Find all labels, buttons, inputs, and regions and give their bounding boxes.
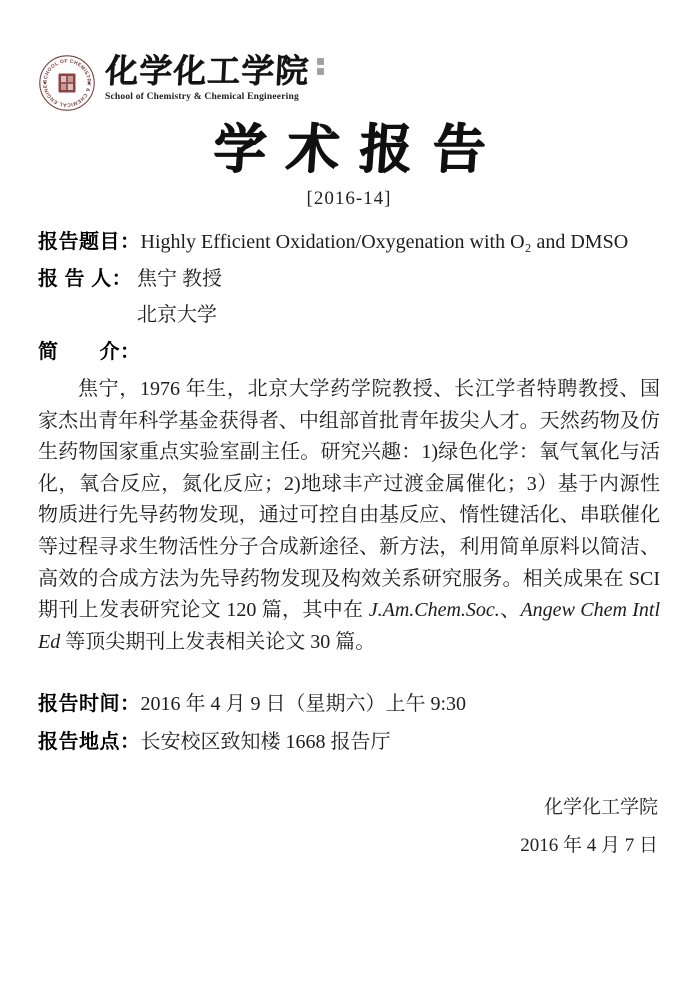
footer-signature: 化学化工学院 [38, 789, 658, 827]
college-seal-icon: SCHOOL OF CHEMISTRY & CHEMICAL ENGINEERI… [38, 54, 96, 112]
report-topic-value: Highly Efficient Oxidation/Oxygenation w… [141, 231, 629, 253]
footer-date: 2016 年 4 月 7 日 [38, 827, 658, 865]
speaker-affiliation: 北京大学 [38, 297, 660, 334]
issue-number: [2016-14] [38, 188, 660, 210]
footer-signature-block: 化学化工学院 2016 年 4 月 7 日 [38, 789, 660, 865]
page-title: 学术报告 [36, 120, 662, 180]
intro-label: 简 介： [38, 334, 141, 371]
report-venue-value: 长安校区致知楼 1668 报告厅 [141, 731, 391, 753]
college-name: 化学化工学院 [104, 55, 310, 90]
report-time-value: 2016 年 4 月 9 日（星期六）上午 9:30 [141, 693, 467, 715]
report-topic-row: 报告题目：Highly Efficient Oxidation/Oxygenat… [38, 224, 660, 261]
report-topic-label: 报告题目： [38, 224, 141, 261]
speaker-name: 焦宁 教授 [137, 268, 222, 290]
speaker-bio-paragraph: 焦宁，1976 年生，北京大学药学院教授、长江学者特聘教授、国家杰出青年科学基金… [38, 374, 660, 658]
report-venue-row: 报告地点：长安校区致知楼 1668 报告厅 [38, 723, 660, 761]
speaker-label: 报 告 人： [38, 261, 137, 298]
report-time-label: 报告时间： [38, 685, 141, 723]
calligrapher-seal-mark [317, 58, 325, 78]
schedule-section: 报告时间：2016 年 4 月 9 日（星期六）上午 9:30 报告地点：长安校… [38, 685, 660, 761]
speaker-row: 报 告 人：焦宁 教授 [38, 261, 660, 298]
seminar-announcement-page: SCHOOL OF CHEMISTRY & CHEMICAL ENGINEERI… [0, 0, 700, 989]
intro-label-row: 简 介： [38, 334, 660, 371]
report-time-row: 报告时间：2016 年 4 月 9 日（星期六）上午 9:30 [38, 685, 660, 723]
report-venue-label: 报告地点： [38, 723, 141, 761]
college-name-english: School of Chemistry & Chemical Engineeri… [105, 92, 309, 102]
college-brand-text: 化学化工学院 School of Chemistry & Chemical En… [105, 54, 309, 102]
report-info-fields: 报告题目：Highly Efficient Oxidation/Oxygenat… [38, 224, 660, 370]
college-brand-header: SCHOOL OF CHEMISTRY & CHEMICAL ENGINEERI… [38, 54, 660, 112]
